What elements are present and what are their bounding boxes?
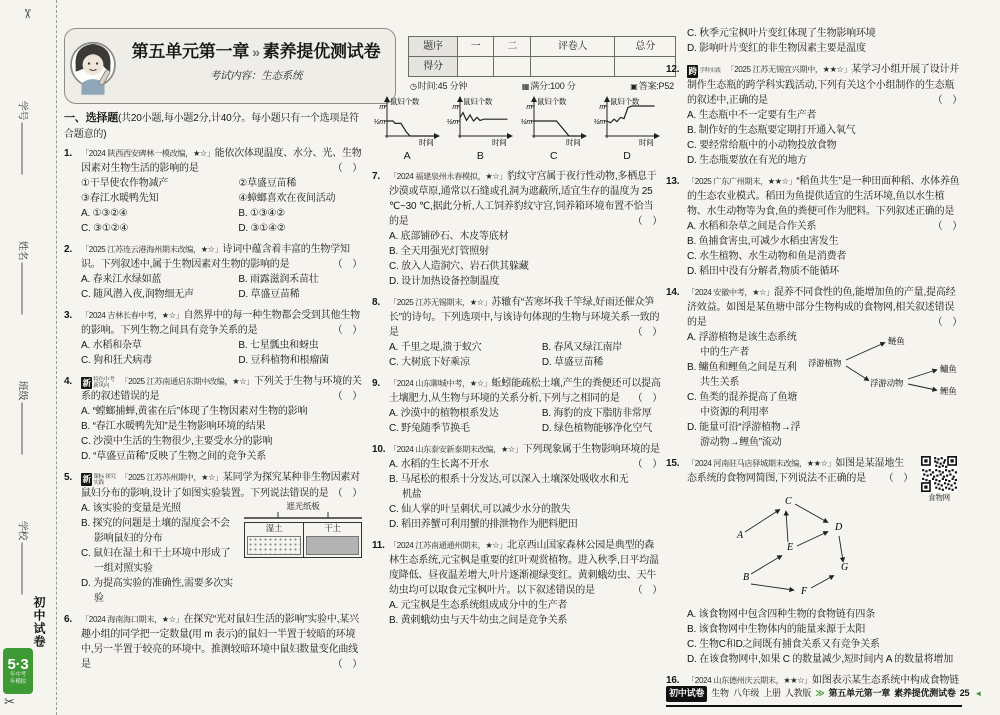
question-source: 「2024 海南海口期末，★☆」 [81,615,183,624]
question-continuation: C. 秋季元宝枫叶片变红体现了生物影响环境D. 影响叶片变红的非生物因素主要是温… [666,26,962,56]
option-C: C. 鼠妇在湿土和干土环境中形成了一组对照实验 [81,546,239,576]
option-A: A. 春来江水绿如蓝 [81,272,238,287]
fishpond-foodweb-figure: 浮游植物鲢鱼浮游动物鳙鱼鲤鱼 [808,330,962,401]
footer-grade: 八年级 [733,687,759,701]
option-A: A. ①③②④ [81,206,238,221]
answer-bracket: （ ） [633,325,662,340]
question-13: 13.「2025 广东广州期末，★★☆」“稻鱼共生”是一种田面种稻、水体养鱼的生… [666,174,962,279]
question-stem: 「2025 广东广州期末，★★☆」“稻鱼共生”是一种田面种稻、水体养鱼的生态农业… [687,174,962,219]
answer-bracket: （ ） [933,219,962,234]
paper-title: 第五单元第一章»素养提优测试卷 [123,39,389,65]
option-A: A. 该实验的变量是光照 [81,501,239,516]
question-number: 15. [666,456,679,471]
tag-main: 新 [81,473,92,486]
svg-text:鲤鱼: 鲤鱼 [940,386,957,396]
option-C: C. ③①②④ [81,221,238,236]
page-arrow-icon: ◄ [974,688,982,700]
question-stem: 「2024 陕西西安碑林一模改编，★☆」能依次体现温度、水分、光、生物因素对生物… [81,146,362,176]
question-number: 4. [64,374,72,389]
footer-subject: 生物 [711,687,729,701]
tag-main: 新 [81,377,92,390]
answer-bracket: （ ） [633,214,662,229]
question-10: 10.「2024 山东泰安新泰期末改编，★☆」下列现象属于生物影响环境的是（ ）… [372,442,662,532]
question-number: 7. [372,169,380,184]
svg-text:½m: ½m [520,118,532,126]
footer-page-number: 25 [960,687,970,701]
question-stem: 「2024 山东泰安新泰期末改编，★☆」下列现象属于生物影响环境的是（ ） [389,442,662,457]
foodweb-qr-code: 食物网 [916,456,962,503]
question-stem: 「2024 山东聊城中考，★☆」蚯蚓能疏松土壤,产生的粪便还可以提高土壤肥力,从… [389,376,662,406]
full-score-icon: ▦ [522,82,529,91]
score-header-cell: 一 [458,37,494,57]
option-C: C. 水生植物、水生动物和鱼是消费者 [687,249,933,264]
question-source: 「2025 江苏无锡期末，★☆」 [389,298,491,307]
student-name-field: 姓名 [15,218,30,338]
question-7: 7.「2024 福建泉州永春模拟，★☆」豹纹守宫属于夜行性动物,多栖息于沙漠或草… [372,169,662,289]
option-B: B. ①③④② [238,206,362,221]
question-number: 2. [64,242,72,257]
svg-text:m: m [526,104,532,111]
question-number: 12. [666,62,679,77]
svg-text:D: D [834,522,843,533]
question-stem: 「2024 吉林长春中考，★☆」自然界中的每一种生物都会受到其他生物的影响。下列… [81,308,362,338]
option-B: B. 鳙鱼和鲤鱼之间是互利共生关系 [687,360,805,390]
svg-text:鼠妇个数: 鼠妇个数 [390,96,420,106]
score-header-cell: 二 [494,37,530,57]
option-C: C. 野兔随季节换毛 [389,421,542,436]
question-9: 9.「2024 山东聊城中考，★☆」蚯蚓能疏松土壤,产生的粪便还可以提高土壤肥力… [372,376,662,436]
option-C: C. 放入人造洞穴、岩石供其躲藏 [389,259,662,274]
brand-vertical-label: 初中试卷 [30,596,48,652]
option-B: B. 七星瓢虫和蚜虫 [238,338,362,353]
question-source: 「2025 江苏无锡宜兴期中，★★☆」 [726,65,851,74]
svg-text:m: m [379,104,385,111]
question-stem: 新课标 探究实践「2025 江苏苏州期中，★☆」某同学为探究某种非生物因素对鼠妇… [81,470,362,501]
clock-icon: ◷ [410,82,417,91]
question-source: 「2024 江苏南通通州期末，★☆」 [389,541,507,550]
page-footer: 初中试卷 生物 八年级 上册 人教版 ≫ 第五单元第一章 素养提优测试卷 25 … [666,686,962,707]
score-header-cell: 评卷人 [530,37,615,57]
question-source: 「2025 江苏连云港海州期末改编，★☆」 [81,245,222,254]
question-stem: 「2024 安徽中考，★☆」混养不同食性的鱼,能增加鱼的产量,提高经济效益。如图… [687,285,962,330]
scissors-icon: ✂ [18,8,38,19]
svg-text:时间: 时间 [566,137,581,146]
svg-text:浮游植物: 浮游植物 [808,358,842,368]
option-D: D. 草盛豆苗稀 [542,355,662,370]
chevron-separator: » [252,44,260,60]
footer-edition: 人教版 [785,687,811,701]
score-header-cell: 题序 [409,37,458,57]
score-row-label: 得分 [409,57,458,77]
option-C: C. 要经常给瓶中的小动物投放食物 [687,138,962,153]
options-list: A. 水稻和杂草之间是合作关系B. 鱼捕食害虫,可减少水稻虫害发生C. 水生植物… [687,219,933,279]
option-B: B. 制作好的生态瓶要定期打开通入氧气 [687,123,962,138]
option-D: D. 稻田中没有分解者,物质不能循环 [687,264,933,279]
question-number: 3. [64,308,72,323]
svg-text:鼠妇个数: 鼠妇个数 [537,96,567,106]
svg-text:F: F [800,586,808,597]
options-list: A. 生态瓶中不一定要有生产者B. 制作好的生态瓶要定期打开通入氧气C. 要经常… [687,108,962,168]
footer-volume: 上册 [763,687,781,701]
option-D: D. 在该食物网中,如果 C 的数量减少,短时间内 A 的数量将增加 [687,652,962,667]
question-number: 9. [372,376,380,391]
svg-text:E: E [786,542,793,553]
question-source: 「2024 陕西西安碑林一模改编，★☆」 [81,149,215,158]
svg-text:½m: ½m [374,118,386,126]
wet-soil-texture [247,536,301,555]
svg-text:鼠妇个数: 鼠妇个数 [463,96,493,106]
svg-text:时间: 时间 [639,137,654,146]
answer-bracket: （ ） [333,257,362,272]
question-number: 13. [666,174,679,189]
option-B: B. 全天用强光灯管照射 [389,244,662,259]
svg-text:时间: 时间 [492,137,507,146]
option-D: D. 为提高实验的准确性,需要多次实验 [81,576,239,606]
statement-item: ①干旱使农作物减产 [81,176,238,191]
tag-main: 跨 [687,65,698,78]
tag-sub: 课标 探究实践 [93,474,119,486]
exam-scope-subtitle: 考试内容：生态系统 [123,69,389,85]
class-field: 班级 [15,358,30,478]
option-A: A. 该食物网中包含四种生物的食物链有四条 [687,607,962,622]
stem-text: 下列现象属于生物影响环境的是 [523,444,660,455]
school-field: 学校 [15,498,30,618]
options-list: A. 水稻和杂草B. 七星瓢虫和蚜虫C. 狗和狂犬病毒D. 豆科植物和根瘤菌 [81,338,362,368]
option-B: B. “春江水暖鸭先知”是生物影响环境的结果 [81,419,362,434]
svg-text:G: G [841,562,848,573]
option-D: D. 能量可沿“浮游植物→浮游动物→鲤鱼”流动 [687,420,805,450]
svg-text:m: m [453,104,459,111]
question-stem: 跨学科实践「2025 江苏无锡宜兴期中，★★☆」某学习小组开展了设计并制作生态瓶… [687,62,962,108]
option-A: A. 生态瓶中不一定要有生产者 [687,108,962,123]
answer-bracket: （ ） [633,391,662,406]
question-number: 10. [372,442,385,457]
option-B: B. 雨露滋润禾苗壮 [238,272,362,287]
scissors-icon: ✂ [4,692,15,712]
footer-chapter: 第五单元第一章 [828,687,890,701]
answer-bracket: （ ） [333,161,362,176]
answer-bracket: （ ） [933,315,962,330]
answer-graph-D: m½m鼠妇个数时间D [592,94,662,165]
answer-graph-label: D [592,149,662,165]
option-B: B. 海豹的皮下脂肪非常厚 [542,406,662,421]
option-A: A. 水稻的生长离不开水 [389,457,633,472]
question-stem: 「2025 江苏无锡期末，★☆」苏辙有“苦寒坏我千竿绿,好雨还催众笋长”的诗句。… [389,295,662,340]
options-list: A. 底部铺砂石、木皮等底材B. 全天用强光灯管照射C. 放入人造洞穴、岩石供其… [389,229,662,289]
svg-text:鲢鱼: 鲢鱼 [888,336,905,346]
stem-text: 如图表示某生态系统中构成食物链 [812,675,959,686]
option-C: C. 随风潜入夜,润物细无声 [81,287,238,302]
option-A: A. 沙漠中的植物根系发达 [389,406,542,421]
option-D: D. ③①④② [238,221,362,236]
svg-text:A: A [736,530,744,541]
soil-box: 湿土干土 [244,522,362,558]
option-A: A. 底部铺砂石、木皮等底材 [389,229,662,244]
svg-text:C: C [785,496,792,507]
svg-text:B: B [743,572,749,583]
svg-text:时间: 时间 [419,137,434,146]
score-blank-cell [530,57,615,77]
answer-bracket: （ ） [933,93,962,108]
option-D: D. 影响叶片变红的非生物因素主要是温度 [687,41,962,56]
soil-experiment-figure: 遮光纸板湿土干土 [244,501,362,558]
tag-sub: 特色中考 新风向 [93,377,119,389]
exam-meta-row: ◷时间:45 分钟 ▦满分:100 分 ▣答案:P52 [408,80,676,94]
answer-bracket: （ ） [633,457,662,472]
option-D: D. 生态瓶要放在有光的地方 [687,153,962,168]
question-1: 1.「2024 陕西西安碑林一模改编，★☆」能依次体现温度、水分、光、生物因素对… [64,146,362,236]
student-id-field: 学号 [15,78,30,198]
answer-graph-label: A [372,149,442,165]
question-stem: 食物网「2024 河南驻马店驿城期末改编，★★☆」如图是某湿地生态系统的食物网简… [687,456,962,486]
statement-item: ③春江水暖鸭先知 [81,191,238,206]
footer-chevrons: ≫ [815,687,824,701]
option-D: D. 绿色植物能够净化空气 [542,421,662,436]
option-A: A. 水稻和杂草 [81,338,238,353]
answer-graph-B: m½m鼠妇个数时间B [445,94,515,165]
question-source: 「2024 吉林长春中考，★☆」 [81,311,183,320]
option-B: B. 黄刺蛾幼虫与天牛幼虫之间是竞争关系 [389,613,662,628]
svg-text:浮游动物: 浮游动物 [870,378,904,388]
question-6: 6.「2024 海南海口期末，★☆」在探究“光对鼠妇生活的影响”实验中,某兴趣小… [64,612,362,672]
question-source: 「2024 河南驻马店驿城期末改编，★★☆」 [687,459,835,468]
exam-paper-page: ✂ 学号 姓名 班级 学校 初中试卷 5·3 年中考 年模拟 ✂ [0,0,1000,715]
question-14: 14.「2024 安徽中考，★☆」混养不同食性的鱼,能增加鱼的产量,提高经济效益… [666,285,962,450]
svg-text:½m: ½m [594,118,606,126]
question-number: 14. [666,285,679,300]
option-A: A. “螳螂捕蝉,黄雀在后”体现了生物因素对生物的影响 [81,404,362,419]
question-source: 「2025 江苏苏州期中，★☆」 [120,473,222,482]
score-table: 题序 一 二 评卷人 总分 得分 [408,36,676,77]
option-D: D. 豆科植物和根瘤菌 [238,353,362,368]
option-B: B. 鱼捕食害虫,可减少水稻虫害发生 [687,234,933,249]
question-number: 6. [64,612,72,627]
option-C: C. 鱼类的混养提高了鱼塘中资源的利用率 [687,390,805,420]
answer-graphs-row: m½m鼠妇个数时间Am½m鼠妇个数时间Bm½m鼠妇个数时间Cm½m鼠妇个数时间D [372,94,662,165]
question-2: 2.「2025 江苏连云港海州期末改编，★☆」诗词中蕴含着丰富的生物学知识。下列… [64,242,362,302]
option-D: D. “草盛豆苗稀”反映了生物之间的竞争关系 [81,449,362,464]
options-list: C. 秋季元宝枫叶片变红体现了生物影响环境D. 影响叶片变红的非生物因素主要是温… [687,26,962,56]
option-C: C. 仙人掌的叶呈刺状,可以减少水分的散失 [389,502,633,517]
wet-soil-label: 湿土 [245,523,303,536]
question-12: 12.跨学科实践「2025 江苏无锡宜兴期中，★★☆」某学习小组开展了设计并制作… [666,62,962,168]
tag-sub: 学科实践 [699,68,725,74]
option-A: A. 千里之堤,溃于蚁穴 [389,340,542,355]
option-C: C. 狗和狂犬病毒 [81,353,238,368]
column-1: 一、选择题(共20小题,每小题2分,计40分。每小题只有一个选项是符合题意的) … [64,110,362,678]
question-11: 11.「2024 江苏南通通州期末，★☆」北京西山国家森林公园是典型的森林生态系… [372,538,662,628]
options-list: A. 该实验的变量是光照B. 探究的问题是土壤的湿度会不会影响鼠妇的分布C. 鼠… [81,501,239,606]
answer-graph-C: m½m鼠妇个数时间C [519,94,589,165]
student-avatar-illustration [67,37,119,97]
options-list: A. 沙漠中的植物根系发达B. 海豹的皮下脂肪非常厚C. 野兔随季节换毛D. 绿… [389,406,662,436]
answer-bracket: （ ） [333,486,362,501]
question-stem: 「2025 江苏连云港海州期末改编，★☆」诗词中蕴含着丰富的生物学知识。下列叙述… [81,242,362,272]
option-D: D. 草盛豆苗稀 [238,287,362,302]
question-source: 「2024 安徽中考，★☆」 [687,288,774,297]
answer-graph-A: m½m鼠妇个数时间A [372,94,442,165]
question-number: 11. [372,538,385,553]
question-4: 4.新特色中考 新风向「2025 江苏南通启东期中改编，★☆」下列关于生物与环境… [64,374,362,465]
answer-bracket: （ ） [333,323,362,338]
question-source: 「2024 福建泉州永春模拟，★☆」 [389,172,507,181]
question-8: 8.「2025 江苏无锡期末，★☆」苏辙有“苦寒坏我千竿绿,好雨还催众笋长”的诗… [372,295,662,370]
foodweb-qr-label: 食物网 [916,494,962,502]
paper-title-card: 第五单元第一章»素养提优测试卷 考试内容：生态系统 [64,28,396,104]
question-stem: 「2024 江苏南通通州期末，★☆」北京西山国家森林公园是典型的森林生态系统,元… [389,538,662,598]
options-list: A. 水稻的生长离不开水B. 马尾松的根系十分发达,可以深入土壤深处吸收水和无机… [389,457,633,532]
question-stem: 新特色中考 新风向「2025 江苏南通启东期中改编，★☆」下列关于生物与环境的关… [81,374,362,405]
question-source: 「2024 山东泰安新泰期末改编，★☆」 [389,445,523,454]
svg-text:½m: ½m [447,118,459,126]
question-15: 15.食物网「2024 河南驻马店驿城期末改编，★★☆」如图是某湿地生态系统的食… [666,456,962,667]
option-A: A. 水稻和杂草之间是合作关系 [687,219,933,234]
wetland-foodweb-figure: CADEBGF [687,488,962,605]
option-B: B. 探究的问题是土壤的湿度会不会影响鼠妇的分布 [81,516,239,546]
question-source: 「2025 江苏南通启东期中改编，★☆」 [120,377,254,386]
options-list: A. 元宝枫是生态系统组成成分中的生产者B. 黄刺蛾幼虫与天牛幼虫之间是竞争关系 [389,598,662,628]
score-blank-cell [494,57,530,77]
column-2: m½m鼠妇个数时间Am½m鼠妇个数时间Bm½m鼠妇个数时间Cm½m鼠妇个数时间D… [372,94,662,634]
option-B: B. 马尾松的根系十分发达,可以深入土壤深处吸收水和无机盐 [389,472,633,502]
svg-text:鼠妇个数: 鼠妇个数 [610,96,640,106]
option-C: C. 秋季元宝枫叶片变红体现了生物影响环境 [687,26,962,41]
question-number: 8. [372,295,380,310]
cutline-sidebar: ✂ 学号 姓名 班级 学校 初中试卷 5·3 年中考 年模拟 ✂ [0,0,57,715]
option-D: D. 稻田养蟹可利用蟹的排泄物作为肥料肥田 [389,517,633,532]
answer-key-icon: ▣ [630,82,637,91]
question-source: 「2024 山东德州庆云期末，★★☆」 [687,676,812,685]
options-list: A. 浮游植物是该生态系统中的生产者B. 鳙鱼和鲤鱼之间是互利共生关系C. 鱼类… [687,330,805,450]
score-table-box: 题序 一 二 评卷人 总分 得分 ◷时间:45 分钟 ▦满分:100 分 ▣答案… [408,36,676,94]
question-source: 「2025 广东广州期末，★★☆」 [687,177,796,186]
options-list: A. ①③②④B. ①③④②C. ③①②④D. ③①④② [81,206,362,236]
question-stem: 「2024 福建泉州永春模拟，★☆」豹纹守宫属于夜行性动物,多栖息于沙漠或草原,… [389,169,662,229]
options-list: A. 春来江水绿如蓝B. 雨露滋润禾苗壮C. 随风潜入夜,润物细无声D. 草盛豆… [81,272,362,302]
option-C: C. 大树底下好乘凉 [389,355,542,370]
light-board-label: 遮光纸板 [244,501,362,511]
section-heading: 一、选择题(共20小题,每小题2分,计40分。每小题只有一个选项是符合题意的) [64,110,362,142]
question-stem: 「2024 海南海口期末，★☆」在探究“光对鼠妇生活的影响”实验中,某兴趣小组的… [81,612,362,672]
options-list: A. “螳螂捕蝉,黄雀在后”体现了生物因素对生物的影响B. “春江水暖鸭先知”是… [81,404,362,464]
statement-list: ①干旱使农作物减产②草盛豆苗稀③春江水暖鸭先知④蟑螂喜欢在夜间活动 [81,176,362,206]
answer-graph-label: B [445,149,515,165]
question-5: 5.新课标 探究实践「2025 江苏苏州期中，★☆」某同学为探究某种非生物因素对… [64,470,362,606]
answer-bracket: （ ） [633,583,662,598]
question-number: 5. [64,470,72,485]
53-brand-logo: 5·3 年中考 年模拟 [3,648,33,694]
answer-graph-label: C [519,149,589,165]
svg-text:鳙鱼: 鳙鱼 [940,364,957,374]
question-tag-badge: 跨学科实践 [687,65,725,78]
option-C: C. 生物C和D之间既有捕食关系又有竞争关系 [687,637,962,652]
answer-bracket: （ ） [333,657,362,672]
option-A: A. 元宝枫是生态系统组成成分中的生产者 [389,598,662,613]
svg-text:m: m [599,104,605,111]
option-C: C. 沙漠中生活的生物很少,主要受水分的影响 [81,434,362,449]
wet-soil-cell: 湿土 [245,523,303,557]
footer-brand-tag: 初中试卷 [666,686,707,702]
question-tag-badge: 新特色中考 新风向 [81,377,119,390]
options-list: A. 千里之堤,溃于蚁穴B. 春风又绿江南岸C. 大树底下好乘凉D. 草盛豆苗稀 [389,340,662,370]
options-list: A. 该食物网中包含四种生物的食物链有四条B. 该食物网中生物体内的能量来源于太… [687,607,962,667]
option-B: B. 该食物网中生物体内的能量来源于太阳 [687,622,962,637]
dry-soil-label: 干土 [304,523,361,536]
question-tag-badge: 新课标 探究实践 [81,473,119,486]
footer-paper-name: 素养提优测试卷 [894,687,956,701]
question-source: 「2024 山东聊城中考，★☆」 [389,379,491,388]
dry-soil-cell: 干土 [303,523,361,557]
dry-soil-texture [306,536,359,555]
statement-item: ②草盛豆苗稀 [238,176,362,191]
answer-bracket: （ ） [884,471,913,486]
option-D: D. 设计加热设备控制温度 [389,274,662,289]
answer-bracket: （ ） [333,389,362,404]
question-3: 3.「2024 吉林长春中考，★☆」自然界中的每一种生物都会受到其他生物的影响。… [64,308,362,368]
column-3: C. 秋季元宝枫叶片变红体现了生物影响环境D. 影响叶片变红的非生物因素主要是温… [666,26,962,694]
question-number: 1. [64,146,72,161]
statement-item: ④蟑螂喜欢在夜间活动 [238,191,362,206]
option-A: A. 浮游植物是该生态系统中的生产者 [687,330,805,360]
score-blank-cell [458,57,494,77]
option-B: B. 春风又绿江南岸 [542,340,662,355]
